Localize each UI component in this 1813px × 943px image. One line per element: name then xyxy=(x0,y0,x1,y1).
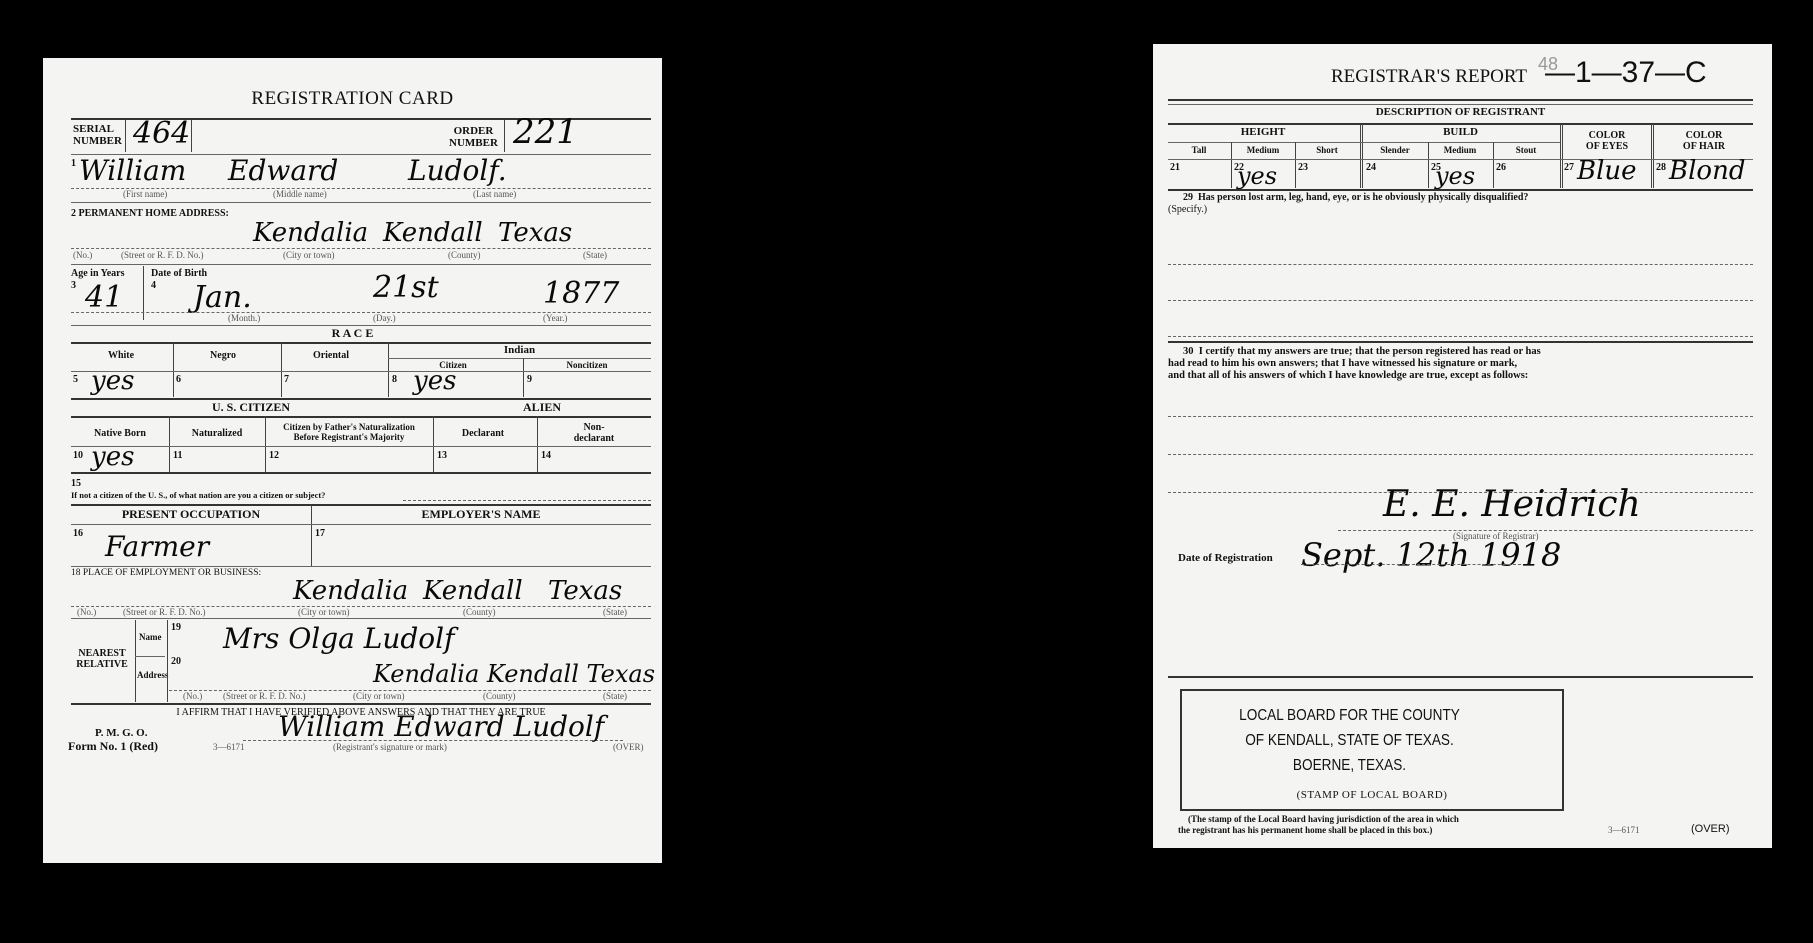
employer-heading: EMPLOYER'S NAME xyxy=(311,507,651,522)
date-of-registration-value: Sept. 12th 1918 xyxy=(1301,536,1561,574)
us-citizen-heading: U. S. CITIZEN xyxy=(71,400,431,415)
registrar-report-title: REGISTRAR'S REPORT xyxy=(1331,66,1527,88)
nearest-relative-label: NEAREST RELATIVE xyxy=(71,648,133,670)
serial-number-label: SERIAL NUMBER xyxy=(73,123,122,147)
form-agency: P. M. G. O. xyxy=(95,727,147,739)
occupation-value: Farmer xyxy=(105,530,209,563)
serial-number-value: 464 xyxy=(133,116,190,151)
race-white-value: yes xyxy=(91,366,134,396)
card-title: REGISTRATION CARD xyxy=(43,88,662,110)
middle-name: Edward xyxy=(228,154,338,187)
employment-county: Kendall xyxy=(423,576,523,606)
place-of-employment-label: 18 PLACE OF EMPLOYMENT OR BUSINESS: xyxy=(71,568,261,578)
description-heading: DESCRIPTION OF REGISTRANT xyxy=(1168,106,1753,118)
q29-question: 29 Has person lost arm, leg, hand, eye, … xyxy=(1183,192,1528,203)
registrar-signature: E. E. Heidrich xyxy=(1383,484,1641,525)
stamp-caption: (STAMP OF LOCAL BOARD) xyxy=(1182,789,1562,801)
race-indian-citizen-value: yes xyxy=(413,366,456,396)
date-of-registration-label: Date of Registration xyxy=(1178,552,1273,564)
employment-city: Kendalia xyxy=(293,576,408,606)
stamp-code: —1—37—C xyxy=(1545,56,1707,90)
dob-year: 1877 xyxy=(543,276,619,311)
race-heading: R A C E xyxy=(43,326,662,341)
relative-address: Kendalia Kendall Texas xyxy=(373,660,655,688)
last-name: Ludolf. xyxy=(408,154,507,187)
employment-state: Texas xyxy=(548,576,622,606)
relative-name: Mrs Olga Ludolf xyxy=(223,622,454,655)
age-label: Age in Years xyxy=(71,268,125,279)
home-city: Kendalia xyxy=(253,218,368,248)
dob-day: 21st xyxy=(373,270,439,305)
dob-month: Jan. xyxy=(193,280,252,315)
alien-heading: ALIEN xyxy=(433,400,651,415)
stamp-footnote: (The stamp of the Local Board having jur… xyxy=(1178,814,1459,836)
eye-color-heading: COLOR OF EYES xyxy=(1563,130,1651,152)
order-number-value: 221 xyxy=(513,112,578,152)
fathers-naturalization-label: Citizen by Father's Naturalization Befor… xyxy=(265,422,433,442)
eye-color-value: Blue xyxy=(1577,156,1637,186)
height-medium-value: yes xyxy=(1237,162,1277,190)
q30-certification: 30 I certify that my answers are true; t… xyxy=(1168,346,1541,382)
home-address-label: 2 PERMANENT HOME ADDRESS: xyxy=(71,208,229,219)
home-state: Texas xyxy=(498,218,572,248)
native-born-value: yes xyxy=(91,442,134,472)
build-medium-value: yes xyxy=(1435,162,1475,190)
age-value: 41 xyxy=(85,280,123,315)
dob-label: Date of Birth xyxy=(151,268,207,279)
hair-color-value: Blond xyxy=(1669,156,1745,186)
q15-question: If not a citizen of the U. S., of what n… xyxy=(71,490,325,500)
home-county: Kendall xyxy=(383,218,483,248)
form-number: Form No. 1 (Red) xyxy=(68,739,158,754)
nondeclarant-label: Non- declarant xyxy=(537,422,651,444)
registration-card-back: REGISTRAR'S REPORT 48 —1—37—C DESCRIPTIO… xyxy=(1153,44,1772,848)
first-name: William xyxy=(79,154,186,187)
over-label: (OVER) xyxy=(1691,823,1730,835)
registration-card-front: REGISTRATION CARD SERIAL NUMBER 464 ORDE… xyxy=(43,58,662,863)
hair-color-heading: COLOR OF HAIR xyxy=(1655,130,1753,152)
local-board-stamp-box: LOCAL BOARD FOR THE COUNTY OF KENDALL, S… xyxy=(1180,689,1564,811)
order-number-label: ORDER NUMBER xyxy=(449,125,498,149)
occupation-heading: PRESENT OCCUPATION xyxy=(71,507,311,522)
registrant-signature: William Edward Ludolf xyxy=(278,710,604,743)
local-board-stamp: LOCAL BOARD FOR THE COUNTY OF KENDALL, S… xyxy=(1222,703,1477,778)
